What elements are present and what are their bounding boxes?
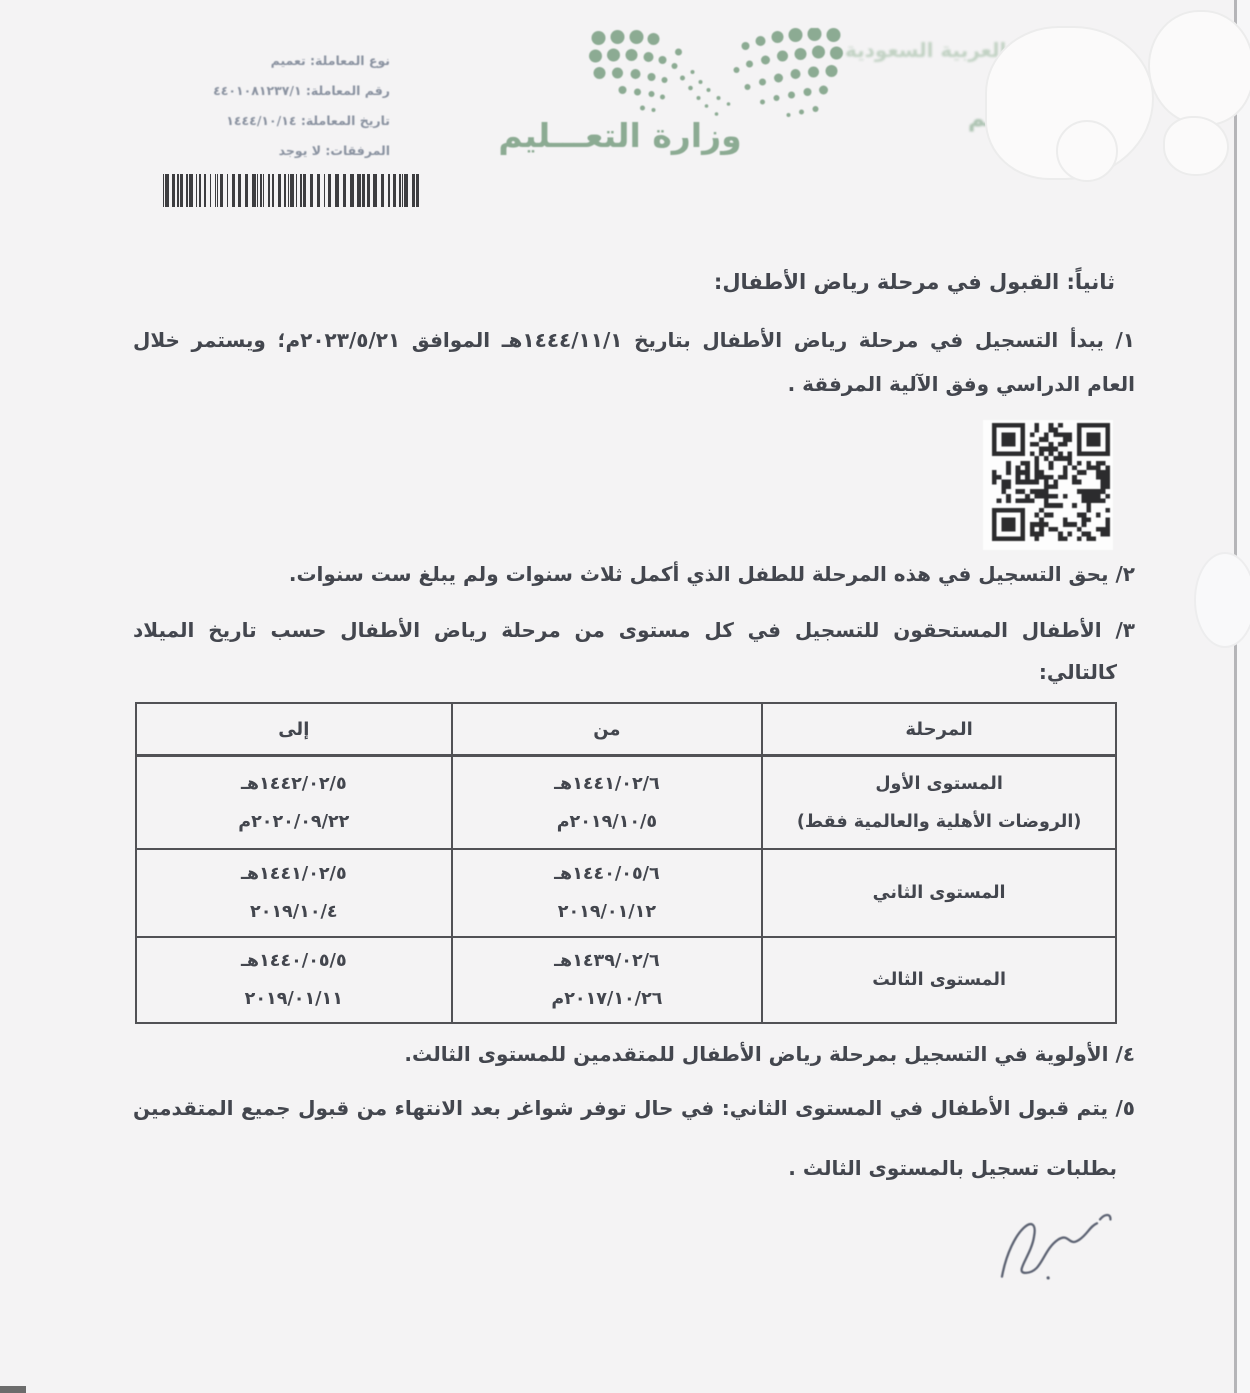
scan-edge-strip	[1237, 0, 1250, 1393]
from-gregorian: ٢٠١٧/١٠/٢٦م	[453, 980, 762, 1018]
header-to: إلى	[136, 703, 452, 756]
table-row: المستوى الأول (الروضات الأهلية والعالمية…	[136, 756, 1116, 850]
watermark-blob	[1163, 116, 1229, 176]
header-stage: المرحلة	[762, 703, 1116, 756]
from-cell: ١٤٤٠/٠٥/٦هـ ٢٠١٩/٠١/١٢	[452, 849, 763, 937]
to-gregorian: ٢٠١٩/١٠/٤	[137, 893, 451, 931]
from-cell: ١٤٤١/٠٢/٦هـ ٢٠١٩/١٠/٥م	[452, 756, 763, 850]
paragraph-2: ٢/ يحق التسجيل في هذه المرحلة للطفل الذي…	[289, 562, 1135, 586]
scanned-document-page: { "meta": { "lines": [ "نوع المعاملة: تع…	[0, 0, 1250, 1393]
to-hijri: ١٤٤٢/٠٢/٥هـ	[137, 765, 451, 803]
to-hijri: ١٤٤١/٠٢/٥هـ	[137, 855, 451, 893]
header-from: من	[452, 703, 763, 756]
stage-cell: المستوى الأول (الروضات الأهلية والعالمية…	[762, 756, 1116, 850]
to-cell: ١٤٤١/٠٢/٥هـ ٢٠١٩/١٠/٤	[136, 849, 452, 937]
from-hijri: ١٤٤٠/٠٥/٦هـ	[453, 855, 762, 893]
scan-edge-line	[1234, 0, 1237, 1393]
to-cell: ١٤٤٠/٠٥/٥هـ ٢٠١٩/٠١/١١	[136, 937, 452, 1023]
paragraph-5-line-2: بطلبات تسجيل بالمستوى الثالث .	[788, 1156, 1117, 1180]
ministry-logotype: وزارة التعـــليم	[470, 116, 770, 155]
from-gregorian: ٢٠١٩/١٠/٥م	[453, 803, 762, 841]
table-row: المستوى الثالث ١٤٣٩/٠٢/٦هـ ٢٠١٧/١٠/٢٦م ١…	[136, 937, 1116, 1023]
transaction-type: نوع المعاملة: تعميم	[150, 46, 390, 76]
handwritten-signature	[978, 1202, 1138, 1297]
watermark-blob	[1194, 552, 1250, 648]
transaction-number: رقم المعاملة: ٤٤٠١٠٨١٢٣٧/١	[150, 76, 390, 106]
qr-code	[983, 420, 1113, 550]
stage-name: المستوى الثاني	[763, 874, 1115, 912]
table-row: المستوى الثاني ١٤٤٠/٠٥/٦هـ ٢٠١٩/٠١/١٢ ١٤…	[136, 849, 1116, 937]
watermark-blob	[1148, 10, 1250, 126]
paragraph-5-line-1: ٥/ يتم قبول الأطفال في المستوى الثاني: ف…	[133, 1096, 1135, 1120]
to-cell: ١٤٤٢/٠٢/٥هـ ٢٠٢٠/٠٩/٢٢م	[136, 756, 452, 850]
from-hijri: ١٤٤١/٠٢/٦هـ	[453, 765, 762, 803]
stage-name: المستوى الثالث	[763, 961, 1115, 999]
section-title: ثانياً: القبول في مرحلة رياض الأطفال:	[714, 270, 1115, 294]
from-gregorian: ٢٠١٩/٠١/١٢	[453, 893, 762, 931]
stage-cell: المستوى الثالث	[762, 937, 1116, 1023]
transaction-meta-block: نوع المعاملة: تعميم رقم المعاملة: ٤٤٠١٠٨…	[150, 46, 390, 166]
barcode	[163, 174, 420, 207]
from-cell: ١٤٣٩/٠٢/٦هـ ٢٠١٧/١٠/٢٦م	[452, 937, 763, 1023]
from-hijri: ١٤٣٩/٠٢/٦هـ	[453, 942, 762, 980]
stage-name: المستوى الأول	[763, 765, 1115, 803]
paragraph-1-line-1: ١/ يبدأ التسجيل في مرحلة رياض الأطفال بت…	[133, 328, 1135, 352]
transaction-date: تاريخ المعاملة: ١٤٤٤/١٠/١٤	[150, 106, 390, 136]
paragraph-1-line-2: العام الدراسي وفق الآلية المرفقة .	[788, 372, 1135, 396]
scan-corner-mark	[0, 1386, 26, 1393]
ministry-logo-icon	[588, 28, 843, 123]
kindergarten-levels-table: المرحلة من إلى المستوى الأول (الروضات ال…	[135, 702, 1117, 1024]
watermark-ring	[1056, 120, 1118, 182]
to-hijri: ١٤٤٠/٠٥/٥هـ	[137, 942, 451, 980]
paragraph-4: ٤/ الأولوية في التسجيل بمرحلة رياض الأطف…	[404, 1042, 1135, 1066]
to-gregorian: ٢٠١٩/٠١/١١	[137, 980, 451, 1018]
paragraph-3-line-2: كالتالي:	[1039, 660, 1117, 684]
stage-cell: المستوى الثاني	[762, 849, 1116, 937]
stage-note: (الروضات الأهلية والعالمية فقط)	[763, 803, 1115, 841]
paragraph-3-line-1: ٣/ الأطفال المستحقون للتسجيل في كل مستوى…	[133, 618, 1135, 642]
table-header-row: المرحلة من إلى	[136, 703, 1116, 756]
to-gregorian: ٢٠٢٠/٠٩/٢٢م	[137, 803, 451, 841]
transaction-attachments: المرفقات: لا يوجد	[150, 136, 390, 166]
